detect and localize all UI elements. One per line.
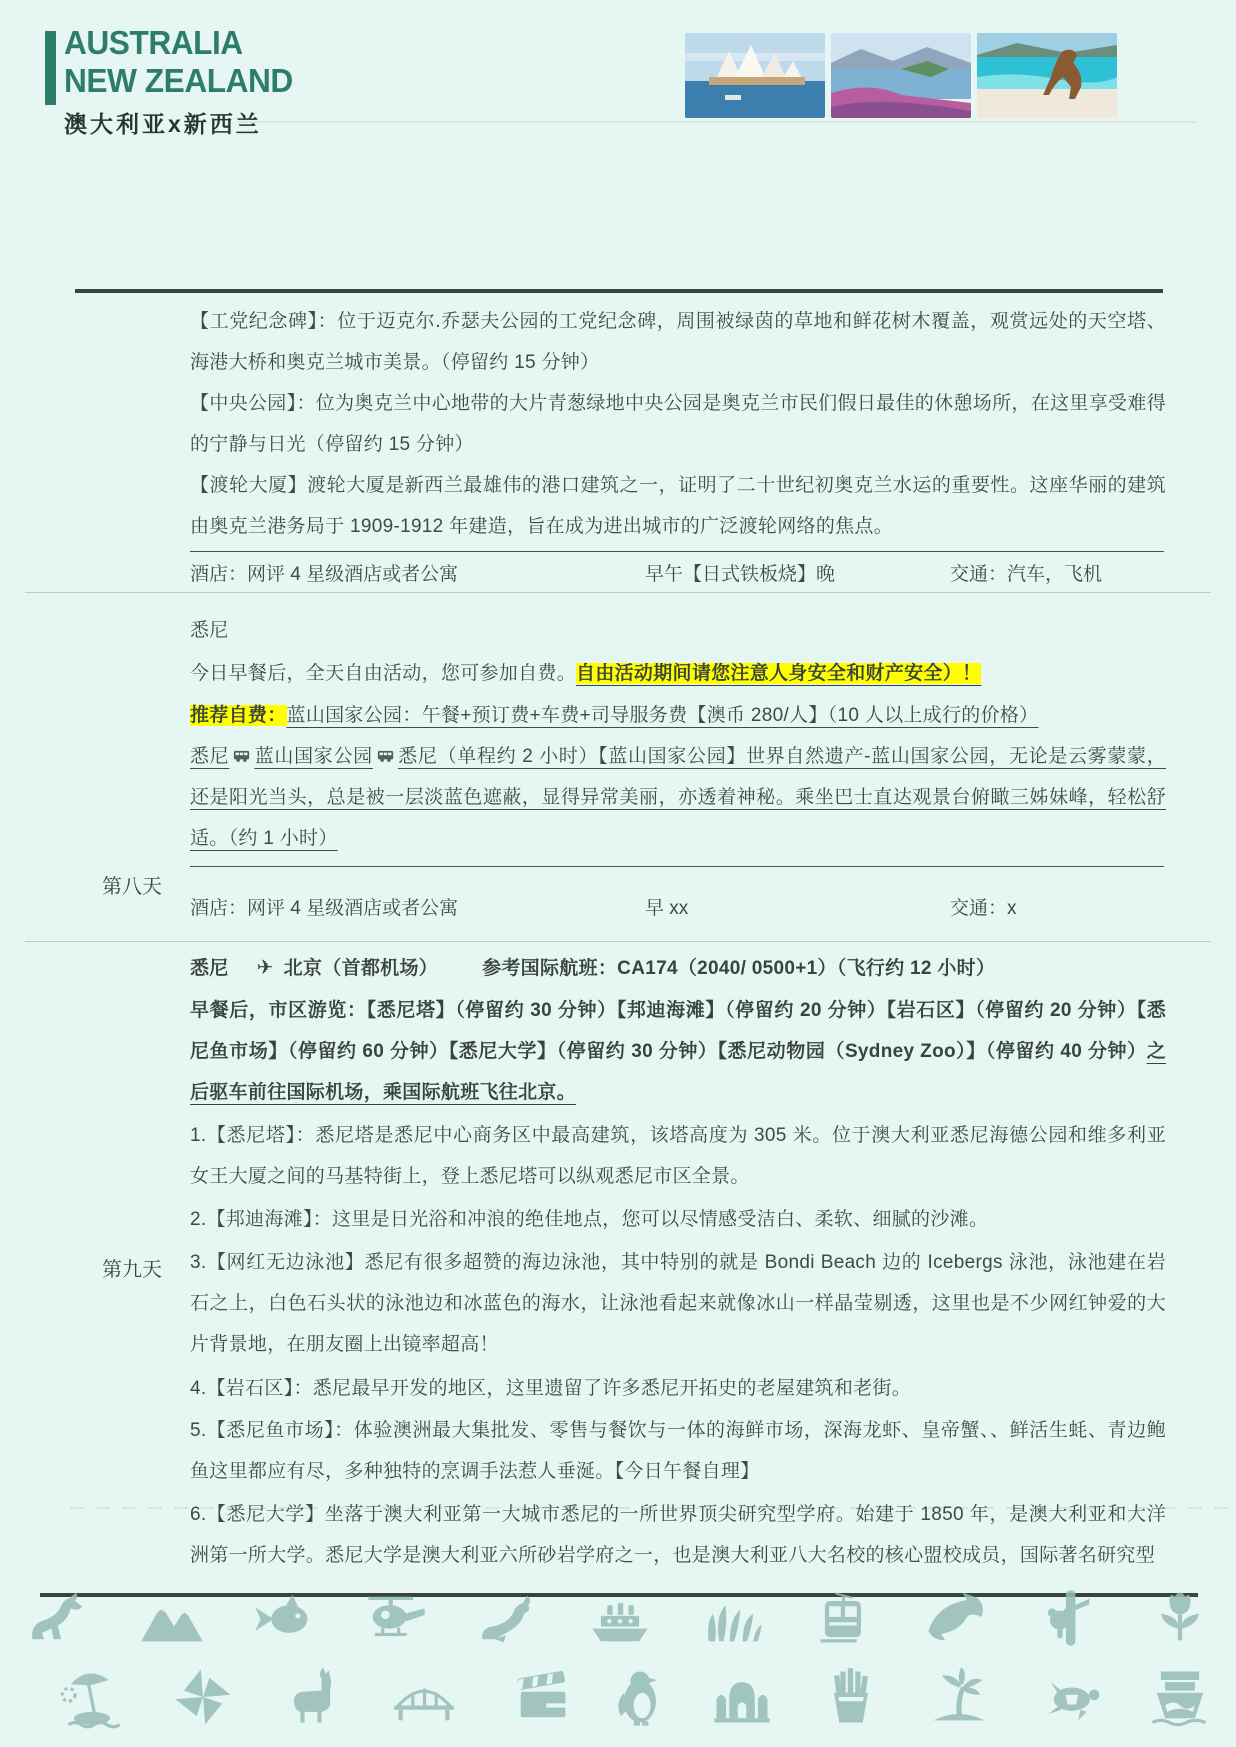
meals-info: 早午【日式铁板烧】晚 (645, 554, 835, 595)
day8-label: 第八天 (102, 870, 162, 899)
penguin-icon (606, 1663, 674, 1731)
day8-recommend-line: 推荐自费：蓝山国家公园：午餐+预订费+车费+司导服务费【澳币 280/人】（10… (190, 695, 1166, 736)
section-rule-2 (25, 941, 1211, 942)
route-mid: 蓝山国家公园 (254, 746, 372, 767)
tropical-fish-icon (250, 1584, 318, 1652)
sydney-opera-house-photo (685, 33, 825, 118)
hotel-row-day8: 酒店：网评 4 星级酒店或者公寓 早 xx 交通：x (190, 888, 1166, 929)
helicopter-icon (362, 1584, 430, 1652)
flight-line: 悉尼✈北京（首都机场）参考国际航班：CA174（2040/ 0500+1）（飞行… (190, 948, 1166, 989)
blue-mountains-route-paragraph: 悉尼蓝山国家公园悉尼（单程约 2 小时）【蓝山国家公园】世界自然遗产-蓝山国家公… (190, 736, 1166, 859)
logo-bar (45, 31, 56, 105)
plane-icon: ✈ (257, 957, 274, 979)
ferry-building-paragraph: 【渡轮大厦】渡轮大厦是新西兰最雄伟的港口建筑之一，证明了二十世纪初奥克兰水运的重… (190, 465, 1166, 547)
day8-free-day-line: 今日早餐后，全天自由活动，您可参加自费。自由活动期间请您注意人身安全和财产安全）… (190, 653, 1166, 694)
fries-icon (817, 1663, 885, 1731)
hotel-info: 酒店：网评 4 星级酒店或者公寓 (190, 564, 458, 585)
hotel-row-auckland: 酒店：网评 4 星级酒店或者公寓 早午【日式铁板烧】晚 交通：汽车，飞机 (190, 554, 1166, 595)
sight-sydney-university: 6.【悉尼大学】坐落于澳大利亚第一大城市悉尼的一所世界顶尖研究型学府。始建于 1… (190, 1494, 1166, 1576)
hotel-rule-1 (190, 551, 1164, 552)
day9-label: 第九天 (102, 1253, 162, 1282)
tour-main: 早餐后，市区游览：【悉尼塔】（停留约 30 分钟）【邦迪海滩】（停留约 20 分… (190, 1000, 1166, 1062)
free-day-text: 今日早餐后，全天自由活动，您可参加自费。 (190, 663, 576, 684)
logo-line2: NEW ZEALAND (64, 62, 293, 100)
labour-monument-paragraph: 【工党纪念碑】：位于迈克尔.乔瑟夫公园的工党纪念碑，周围被绿茵的草地和鲜花树木覆… (190, 301, 1166, 383)
logo-wordmark: AUSTRALIA NEW ZEALAND (64, 24, 293, 100)
llama-icon (277, 1663, 345, 1731)
transport-info: 交通：汽车，飞机 (950, 554, 1102, 595)
header-divider (238, 121, 1196, 123)
sea-turtle-icon (1040, 1663, 1108, 1731)
safety-warning-highlight: 自由活动期间请您注意人身安全和财产安全）！ (576, 663, 981, 684)
route-from: 悉尼 (190, 746, 229, 767)
kangaroo-beach-photo (977, 33, 1117, 118)
sight-sydney-tower: 1.【悉尼塔】：悉尼塔是悉尼中心商务区中最高建筑，该塔高度为 305 米。位于澳… (190, 1115, 1166, 1197)
clapperboard-icon (508, 1663, 576, 1731)
logo-subtitle: 澳大利亚x新西兰 (64, 106, 262, 139)
route-text: 悉尼蓝山国家公园悉尼（单程约 2 小时）【蓝山国家公园】世界自然遗产-蓝山国家公… (190, 746, 1166, 849)
logo-line1: AUSTRALIA (64, 24, 293, 62)
palm-island-icon (925, 1663, 993, 1731)
flight-from: 悉尼 (190, 958, 229, 979)
itinerary-page: AUSTRALIA NEW ZEALAND 澳大利亚x新西兰 【工党纪念碑】：位… (0, 0, 1236, 1747)
grass-icon (698, 1584, 766, 1652)
koala-tree-icon (1034, 1584, 1102, 1652)
harbour-bridge-icon (390, 1663, 458, 1731)
hotel-info: 酒店：网评 4 星级酒店或者公寓 (190, 898, 458, 919)
auckland-paragraphs: 【工党纪念碑】：位于迈克尔.乔瑟夫公园的工党纪念碑，周围被绿茵的草地和鲜花树木覆… (190, 301, 1166, 547)
seal-icon (474, 1584, 542, 1652)
central-park-paragraph: 【中央公园】：位为奥克兰中心地带的大片青葱绿地中央公园是奥克兰市民们假日最佳的休… (190, 383, 1166, 465)
dolphin-icon (922, 1584, 990, 1652)
lake-lupins-photo (831, 33, 971, 118)
tulip-icon (1146, 1584, 1214, 1652)
hotel-rule-2 (190, 866, 1164, 867)
city-tour-paragraph: 早餐后，市区游览：【悉尼塔】（停留约 30 分钟）【邦迪海滩】（停留约 20 分… (190, 990, 1166, 1113)
bus-icon (377, 749, 394, 763)
meals-info: 早 xx (645, 888, 688, 929)
sight-infinity-pool: 3.【网红无边泳池】悉尼有很多超赞的海边泳池，其中特别的就是 Bondi Bea… (190, 1242, 1166, 1365)
sight-the-rocks: 4.【岩石区】：悉尼最早开发的地区，这里遗留了许多悉尼开拓史的老屋建筑和老街。 (190, 1368, 1166, 1409)
church-icon (708, 1663, 776, 1731)
kangaroo-icon (26, 1584, 94, 1652)
flight-info: 参考国际航班：CA174（2040/ 0500+1）（飞行约 12 小时） (482, 958, 995, 979)
beach-umbrella-icon (58, 1663, 126, 1731)
transport-info: 交通：x (950, 888, 1017, 929)
mountains-icon (138, 1584, 206, 1652)
cruise-ship-icon (1146, 1663, 1214, 1731)
sight-fish-market: 5.【悉尼鱼市场】：体验澳洲最大集批发、零售与餐饮与一体的海鲜市场，深海龙虾、皇… (190, 1410, 1166, 1492)
ferry-icon (586, 1584, 654, 1652)
recommend-label-highlight: 推荐自费： (190, 705, 287, 726)
flight-to: 北京（首都机场） (284, 958, 438, 979)
sight-bondi-beach: 2.【邦迪海滩】：这里是日光浴和冲浪的绝佳地点，您可以尽情感受洁白、柔软、细腻的… (190, 1199, 1166, 1240)
day8-city-title: 悉尼 (190, 610, 1166, 651)
top-double-rule (75, 289, 1163, 293)
pinwheel-icon (169, 1663, 237, 1731)
bus-icon (233, 749, 250, 763)
recommend-detail: 蓝山国家公园：午餐+预订费+车费+司导服务费【澳币 280/人】（10 人以上成… (287, 705, 1039, 726)
tram-icon (810, 1584, 878, 1652)
